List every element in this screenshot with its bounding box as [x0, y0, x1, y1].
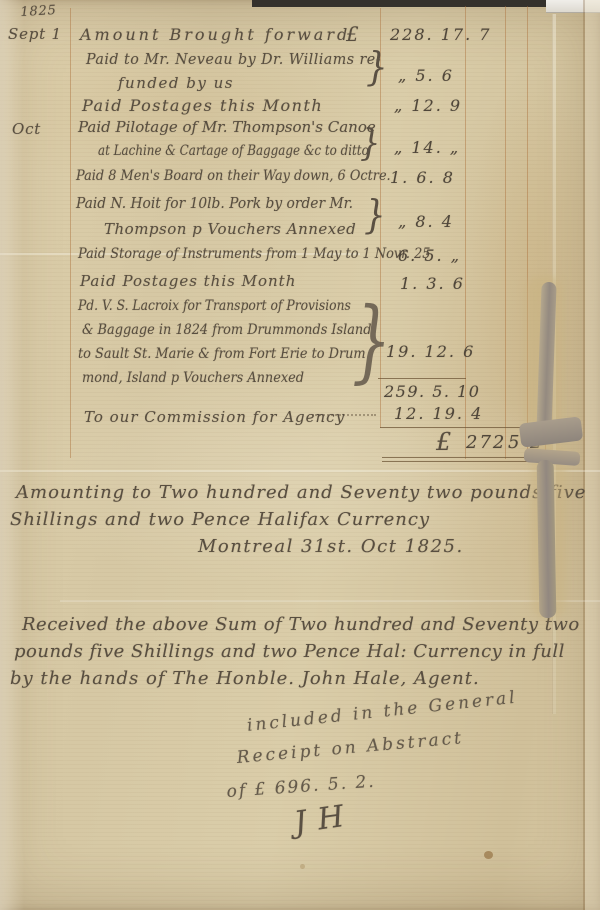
total-double-rule-1 — [382, 457, 548, 458]
summary-line: Amounting to Two hundred and Seventy two… — [16, 482, 586, 503]
entry-amount: 19. 12. 6 — [386, 342, 475, 361]
ledger-rule-pence-col — [527, 6, 528, 459]
entry-description: to Sault St. Marie & from Fort Erie to D… — [78, 346, 366, 362]
note-line: Receipt on Abstract — [236, 728, 465, 768]
entry-amount: „ 5. 6 — [398, 66, 454, 85]
entry-amount: 6. 5. „ — [398, 246, 461, 265]
receipt-line: Received the above Sum of Two hundred an… — [22, 614, 580, 635]
entry-description: Amount Brought forward — [80, 25, 350, 44]
entry-description: at Lachine & Cartage of Baggage &c to di… — [98, 143, 369, 159]
subtotal-amount: 259. 5. 10 — [384, 382, 480, 401]
note-line: included in the General — [246, 688, 519, 736]
entry-amount: 1. 6. 8 — [390, 168, 455, 187]
commission-label: To our Commission for Agency — [84, 408, 345, 426]
entry-description: Paid Pilotage of Mr. Thompson's Canoe — [78, 118, 376, 136]
summary-dateline: Montreal 31st. Oct 1825. — [198, 536, 464, 557]
entry-description: Paid Postages this Month — [82, 96, 323, 115]
entry-date: Sept 1 — [8, 25, 62, 43]
total-currency-symbol: £ — [436, 428, 452, 456]
total-pounds: 272 — [466, 432, 506, 453]
entry-amount: „ 8. 4 — [398, 212, 454, 231]
entry-amount: „ 12. 9 — [394, 96, 462, 115]
receipt-line: by the hands of The Honble. John Hale, A… — [10, 668, 480, 689]
ledger-rule-date-col — [70, 8, 71, 458]
ink-spot — [300, 864, 305, 869]
total-shillings: 5 — [508, 432, 521, 453]
summary-line: Shillings and two Pence Halifax Currency — [10, 509, 430, 530]
entry-description: mond, Island p Vouchers Annexed — [82, 370, 304, 386]
entry-brace: } — [366, 48, 388, 87]
corner-patch — [546, 0, 600, 13]
background-strip — [252, 0, 546, 7]
horizontal-crease — [0, 470, 600, 472]
entry-brace: } — [360, 124, 380, 161]
ledger-rule-total-right — [545, 427, 546, 458]
signature: J H — [292, 799, 347, 841]
note-amount: of £ 696. 5. 2. — [226, 772, 376, 802]
entry-brace: } — [352, 296, 391, 386]
entry-description: Paid Storage of Instruments from 1 May t… — [78, 246, 430, 262]
entry-amount: 1. 3. 6 — [400, 274, 465, 293]
second-sheet-edge — [583, 0, 585, 910]
vertical-fold-crease — [552, 14, 556, 714]
entry-amount: 228. 17. 7 — [390, 25, 491, 44]
total-double-rule-2 — [382, 461, 548, 462]
entry-description: funded by us — [118, 74, 234, 92]
commission-amount: 12. 19. 4 — [394, 404, 483, 423]
document-page: 1825 Sept 1 Amount Brought forward £ 228… — [0, 0, 600, 910]
total-pence: 2 — [530, 432, 543, 453]
entry-description: Paid Postages this Month — [80, 272, 296, 290]
stain — [470, 60, 600, 440]
entry-description: Paid to Mr. Neveau by Dr. Williams re- — [86, 50, 381, 68]
second-sheet — [585, 0, 600, 910]
currency-symbol: £ — [346, 22, 360, 46]
entry-brace: } — [364, 196, 386, 235]
year-label: 1825 — [20, 3, 57, 20]
entry-description: Pd. V. S. Lacroix for Transport of Provi… — [78, 298, 351, 314]
entry-amount: „ 14. „ — [394, 138, 460, 157]
entry-description: & Baggage in 1824 from Drummonds Island — [82, 322, 371, 338]
entry-description: Paid N. Hoit for 10lb. Pork by order Mr. — [76, 194, 353, 212]
entry-description: Thompson p Vouchers Annexed — [104, 220, 356, 238]
ledger-rule-shillings-col — [505, 6, 506, 459]
total-box-top-rule — [380, 427, 546, 428]
receipt-line: pounds five Shillings and two Pence Hal:… — [14, 641, 565, 662]
horizontal-crease — [60, 600, 600, 602]
ink-spot — [484, 851, 493, 859]
entry-date: Oct — [12, 120, 41, 138]
entry-description: Paid 8 Men's Board on their Way down, 6 … — [76, 168, 391, 184]
